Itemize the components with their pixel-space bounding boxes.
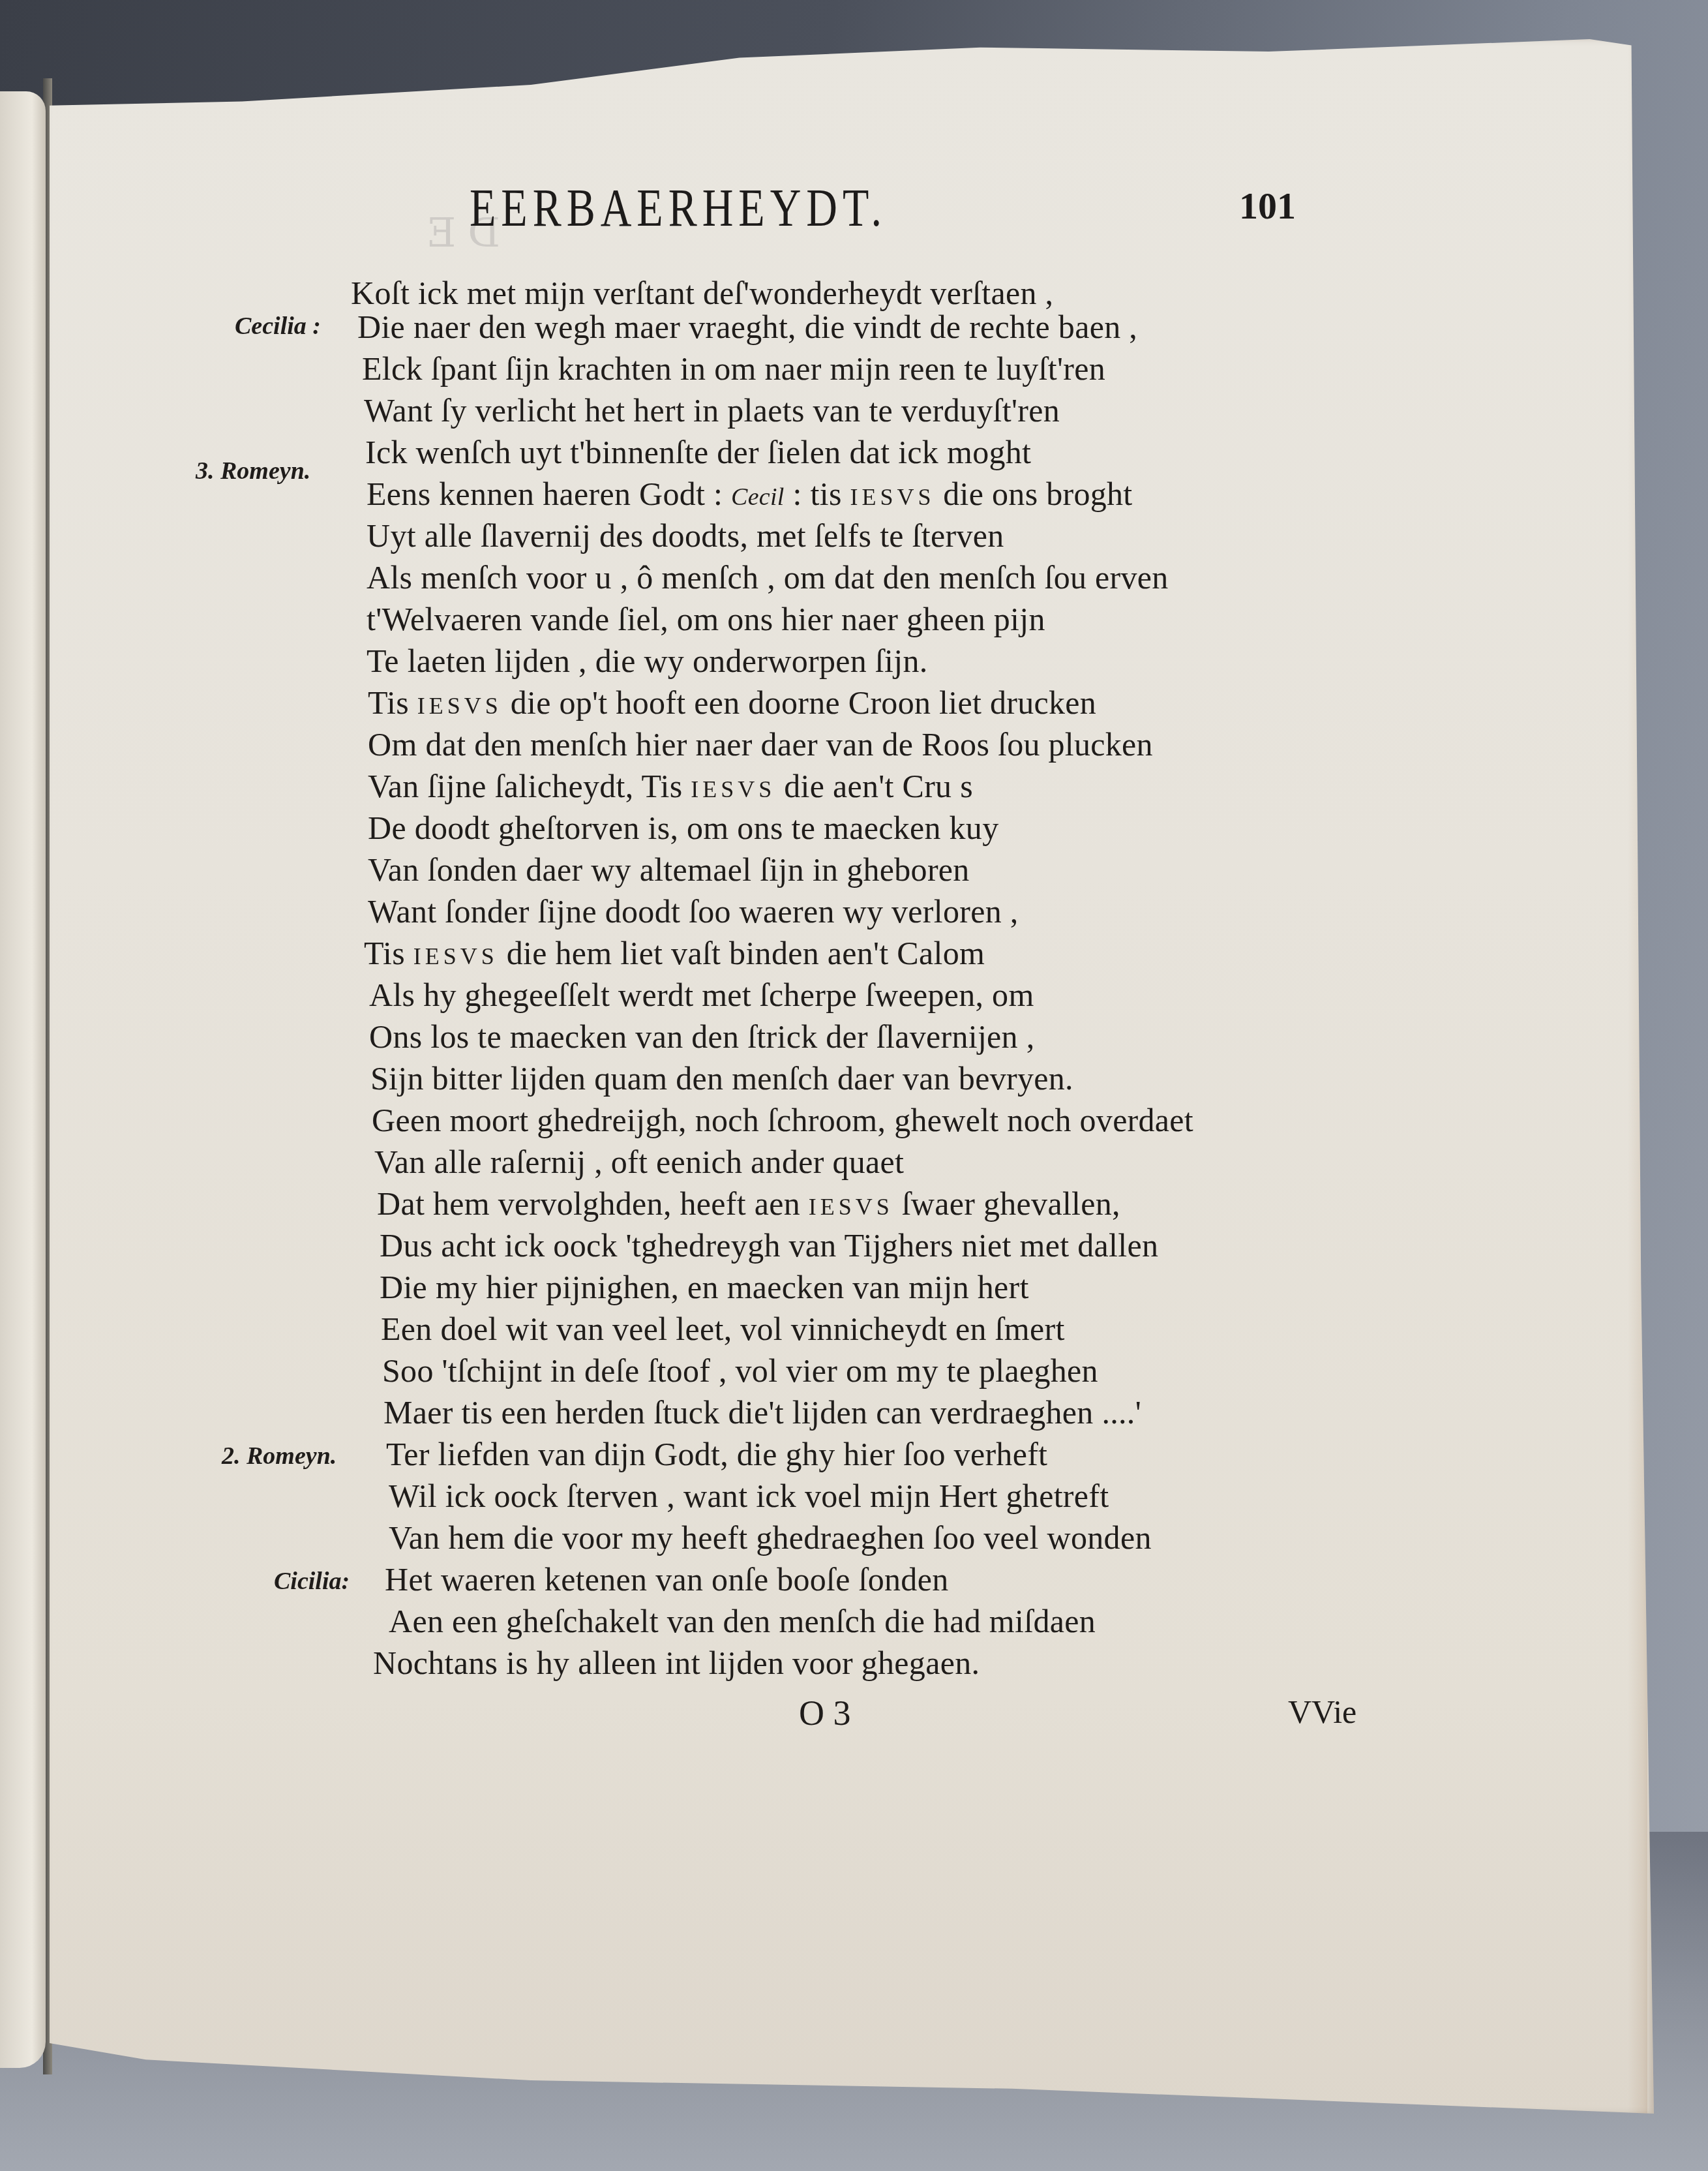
- verse-line: Soo 'tſchijnt in deſe ſtoof , vol vier o…: [382, 1352, 1098, 1389]
- verse-text: die aen't Cru s: [775, 768, 973, 804]
- verse-line: Ons los te maecken van den ſtrick der ſl…: [369, 1018, 1035, 1055]
- verse-line: Want ſonder ſijne doodt ſoo waeren wy ve…: [368, 892, 1019, 930]
- speaker-label-cecilia: Cecilia :: [235, 312, 321, 341]
- verse-line: Van alle raſernij , oft eenich ander qua…: [374, 1143, 904, 1181]
- name-iesvs: IESVS: [417, 693, 502, 719]
- verse-text: die op't hooft een doorne Croon liet dru…: [502, 684, 1096, 721]
- page-number: 101: [1239, 184, 1296, 228]
- verse-text: ſwaer ghevallen,: [893, 1185, 1120, 1222]
- verse-line: Aen een gheſchakelt van den menſch die h…: [389, 1602, 1096, 1640]
- verse-line: Nochtans is hy alleen int lijden voor gh…: [373, 1644, 980, 1682]
- verse-text: : tis: [785, 476, 850, 512]
- verse-line: Een doel wit van veel leet, vol vinniche…: [381, 1310, 1065, 1348]
- verse-line: Om dat den menſch hier naer daer van de …: [368, 725, 1153, 763]
- verse-line: Sijn bitter lijden quam den menſch daer …: [370, 1059, 1073, 1097]
- verse-line: Van ſijne ſalicheydt, Tis IESVS die aen'…: [368, 767, 973, 805]
- verse-line: Als menſch voor u , ô menſch , om dat de…: [367, 558, 1169, 596]
- verse-line: Tis IESVS die hem liet vaſt binden aen't…: [364, 934, 985, 972]
- verse-line: Wil ick oock ſterven , want ick voel mij…: [389, 1477, 1109, 1515]
- verse-line: Te laeten lijden , die wy onderworpen ſi…: [367, 642, 928, 680]
- verse-line: Van hem die voor my heeft ghedraeghen ſo…: [389, 1519, 1152, 1556]
- running-head: EERBAERHEYDT.: [470, 178, 887, 240]
- verse-line: Tis IESVS die op't hooft een doorne Croo…: [368, 684, 1096, 721]
- speaker-label-cicilia: Cicilia:: [274, 1567, 350, 1596]
- signature-mark: O 3: [799, 1693, 851, 1733]
- verse-text: die ons broght: [935, 476, 1132, 512]
- verse-line: Die naer den wegh maer vraeght, die vind…: [357, 308, 1137, 346]
- speaker-label-romeyn-3: 3. Romeyn.: [196, 457, 310, 485]
- verse-line: De doodt gheſtorven is, om ons te maecke…: [368, 809, 998, 847]
- name-iesvs: IESVS: [691, 776, 775, 802]
- verse-line: t'Welvaeren vande ſiel, om ons hier naer…: [367, 600, 1045, 638]
- verse-text: Tis: [364, 935, 413, 971]
- verse-line: Koſt ick met mijn verſtant deſ'wonderhey…: [351, 274, 1053, 312]
- verse-line: Dat hem vervolghden, heeft aen IESVS ſwa…: [377, 1185, 1120, 1222]
- verse-line: Elck ſpant ſijn krachten in om naer mijn…: [362, 350, 1105, 387]
- verse-line: Ick wenſch uyt t'binnenſte der ſielen da…: [365, 433, 1031, 471]
- verse-line: Uyt alle ſlavernij des doodts, met ſelfs…: [367, 517, 1004, 554]
- name-iesvs: IESVS: [809, 1194, 893, 1220]
- verse-line: Ter liefden van dijn Godt, die ghy hier …: [386, 1435, 1047, 1473]
- verse-line: Het waeren ketenen van onſe booſe ſonden: [385, 1560, 948, 1598]
- verse-text: Tis: [368, 684, 417, 721]
- name-iesvs: IESVS: [850, 484, 935, 510]
- verse-text: Dat hem vervolghden, heeft aen: [377, 1185, 809, 1222]
- inline-speaker-cecil: Cecil: [731, 483, 785, 511]
- catchword: VVie: [1288, 1693, 1356, 1731]
- verse-text: Van ſijne ſalicheydt, Tis: [368, 768, 691, 804]
- verse-line: Eens kennen haeren Godt : Cecil : tis IE…: [367, 475, 1133, 513]
- facing-page-edge: [0, 91, 46, 2068]
- verse-line: Want ſy verlicht het hert in plaets van …: [364, 391, 1060, 429]
- verse-text: Eens kennen haeren Godt :: [367, 476, 731, 512]
- name-iesvs: IESVS: [413, 943, 498, 969]
- verse-line: Dus acht ick oock 'tghedreygh van Tijghe…: [380, 1226, 1158, 1264]
- verse-line: Als hy ghegeeſſelt werdt met ſcherpe ſwe…: [369, 976, 1034, 1014]
- verse-text: die hem liet vaſt binden aen't Calom: [498, 935, 985, 971]
- verse-line: Die my hier pijnighen, en maecken van mi…: [380, 1268, 1029, 1306]
- verse-line: Van ſonden daer wy altemael ſijn in gheb…: [368, 851, 970, 888]
- verse-line: Maer tis een herden ſtuck die't lijden c…: [383, 1393, 1141, 1431]
- verse-line: Geen moort ghedreijgh, noch ſchroom, ghe…: [372, 1101, 1193, 1139]
- speaker-label-romeyn-2: 2. Romeyn.: [222, 1442, 337, 1470]
